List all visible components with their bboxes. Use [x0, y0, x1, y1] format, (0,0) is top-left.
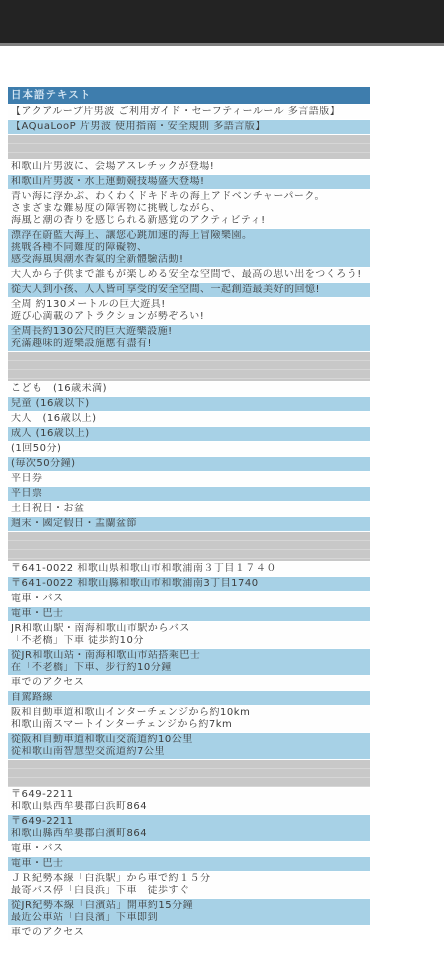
- section-gap: [8, 135, 370, 160]
- table-row-ja: 平日券: [8, 472, 370, 487]
- row-line: 大人 (16歳以上): [11, 413, 366, 425]
- table-section-3: 〒641-0022 和歌山県和歌山市和歌浦南３丁目１７４０〒641-0022 和…: [8, 562, 370, 760]
- row-line: 和歌山県西牟婁郡白浜町864: [11, 801, 366, 813]
- row-line: 「不老橋」下車 徒歩約10分: [11, 635, 366, 647]
- table-header-japanese-text: 日本語テキスト: [8, 87, 370, 105]
- row-line: 車でのアクセス: [11, 677, 366, 689]
- table-row-ja: 和歌山片男波に、会場アスレチックが登場!: [8, 160, 370, 175]
- row-line: 從和歌山南智慧型交流道約7公里: [11, 746, 366, 758]
- status-bar: [0, 0, 444, 43]
- row-line: 挑戰各種不同難度的障礙物、: [11, 242, 366, 254]
- table-row-zh: 〒641-0022 和歌山縣和歌山市和歌浦南3丁目1740: [8, 577, 370, 592]
- row-line: 【アクアループ片男波 ご利用ガイド・セーフティールール 多言語版】: [11, 106, 366, 118]
- table-row-ja: 車でのアクセス: [8, 926, 370, 941]
- row-line: 充滿趣味的遊樂設施應有盡有!: [11, 338, 366, 350]
- table-row-zh: 兒童 (16歳以下): [8, 397, 370, 412]
- table-section-0: 【アクアループ片男波 ご利用ガイド・セーフティールール 多言語版】【AQuaLo…: [8, 105, 370, 135]
- row-line: 感受海風與潮水香氣的全新體驗活動!: [11, 254, 366, 266]
- table-section-2: こども (16歳未満)兒童 (16歳以下)大人 (16歳以上)成人 (16歳以上…: [8, 382, 370, 532]
- table-row-ja: 電車・バス: [8, 842, 370, 857]
- row-line: 成人 (16歳以上): [11, 428, 366, 440]
- row-line: 和歌山縣西牟婁郡白濱町864: [11, 828, 366, 840]
- table-row-zh: 從大人到小孩、人人皆可享受的安全空間、一起創造最美好的回憶!: [8, 283, 370, 298]
- table-row-zh: 全周長約130公尺的巨大遊樂設施!充滿趣味的遊樂設施應有盡有!: [8, 325, 370, 352]
- row-line: 海風と潮の香りを感じられる新感覚のアクティビティ!: [11, 215, 366, 227]
- row-line: 電車・巴士: [11, 858, 366, 870]
- table-row-ja: (1回50分): [8, 442, 370, 457]
- row-line: 平日券: [11, 473, 366, 485]
- row-line: 〒641-0022 和歌山県和歌山市和歌浦南３丁目１７４０: [11, 563, 366, 575]
- table-row-ja: 全周 約130メートルの巨大遊具!遊び心満載のアトラクションが勢ぞろい!: [8, 298, 370, 325]
- row-line: 全周 約130メートルの巨大遊具!: [11, 299, 366, 311]
- table-section-1: 和歌山片男波に、会場アスレチックが登場!和歌山片男波・水上運動競技場盛大登場!青…: [8, 160, 370, 352]
- table-row-zh: 電車・巴士: [8, 607, 370, 622]
- row-line: 和歌山南スマートインターチェンジから約7km: [11, 719, 366, 731]
- table-row-ja: こども (16歳未満): [8, 382, 370, 397]
- row-line: 從大人到小孩、人人皆可享受的安全空間、一起創造最美好的回憶!: [11, 284, 366, 296]
- row-line: 漂浮在蔚藍大海上、讓您心跳加速的海上冒險樂園。: [11, 230, 366, 242]
- table-row-zh: (毎次50分鐘): [8, 457, 370, 472]
- row-line: 土日祝日・お盆: [11, 503, 366, 515]
- table-row-zh: 電車・巴士: [8, 857, 370, 872]
- table-row-zh: 漂浮在蔚藍大海上、讓您心跳加速的海上冒險樂園。挑戰各種不同難度的障礙物、感受海風…: [8, 229, 370, 268]
- row-line: 〒649-2211: [11, 816, 366, 828]
- row-line: 遊び心満載のアトラクションが勢ぞろい!: [11, 311, 366, 323]
- table-row-zh: 自駕路線: [8, 691, 370, 706]
- table-row-ja: 〒641-0022 和歌山県和歌山市和歌浦南３丁目１７４０: [8, 562, 370, 577]
- row-line: 兒童 (16歳以下): [11, 398, 366, 410]
- row-line: 電車・バス: [11, 593, 366, 605]
- table-row-zh: 週末・國定假日・盂蘭盆節: [8, 517, 370, 532]
- row-line: ＪＲ紀勢本線「白浜駅」から車で約１５分: [11, 873, 366, 885]
- table-row-zh: 【AQuaLooP 片男波 使用指南・安全規則 多語言版】: [8, 120, 370, 135]
- row-line: 週末・國定假日・盂蘭盆節: [11, 518, 366, 530]
- table-row-ja: 車でのアクセス: [8, 676, 370, 691]
- table-row-ja: 【アクアループ片男波 ご利用ガイド・セーフティールール 多言語版】: [8, 105, 370, 120]
- row-line: 電車・バス: [11, 843, 366, 855]
- table-row-zh: 從阪和自動車道和歌山交流道約10公里從和歌山南智慧型交流道約7公里: [8, 733, 370, 760]
- table-row-ja: 大人 (16歳以上): [8, 412, 370, 427]
- doc-table: 日本語テキスト 【アクアループ片男波 ご利用ガイド・セーフティールール 多言語版…: [8, 87, 370, 941]
- table-row-zh: 平日票: [8, 487, 370, 502]
- row-line: (1回50分): [11, 443, 366, 455]
- row-line: 和歌山片男波に、会場アスレチックが登場!: [11, 161, 366, 173]
- table-row-zh: 成人 (16歳以上): [8, 427, 370, 442]
- table-row-ja: 阪和自動車道和歌山インターチェンジから約10km和歌山南スマートインターチェンジ…: [8, 706, 370, 733]
- row-line: 最近公車站「白良濱」下車即到: [11, 912, 366, 924]
- row-line: 平日票: [11, 488, 366, 500]
- table-row-ja: 土日祝日・お盆: [8, 502, 370, 517]
- section-gap: [8, 760, 370, 788]
- table-row-ja: 〒649-2211和歌山県西牟婁郡白浜町864: [8, 788, 370, 815]
- row-line: 自駕路線: [11, 692, 366, 704]
- row-line: さまざまな難易度の障害物に挑戦しながら、: [11, 203, 366, 215]
- table-row-zh: 從JR紀勢本線「白濱站」開車約15分鐘最近公車站「白良濱」下車即到: [8, 899, 370, 926]
- row-line: 和歌山片男波・水上運動競技場盛大登場!: [11, 176, 366, 188]
- row-line: 在「不老橋」下車、步行約10分鐘: [11, 662, 366, 674]
- row-line: 阪和自動車道和歌山インターチェンジから約10km: [11, 707, 366, 719]
- table-row-zh: 從JR和歌山站・南海和歌山市站搭乘巴士在「不老橋」下車、步行約10分鐘: [8, 649, 370, 676]
- row-line: 〒649-2211: [11, 789, 366, 801]
- table-row-ja: 青い海に浮かぶ、わくわくドキドキの海上アドベンチャーパーク。さまざまな難易度の障…: [8, 190, 370, 229]
- row-line: 車でのアクセス: [11, 927, 366, 939]
- table-row-zh: 和歌山片男波・水上運動競技場盛大登場!: [8, 175, 370, 190]
- row-line: 大人から子供まで誰もが楽しめる安全な空間で、最高の思い出をつくろう!: [11, 269, 366, 281]
- section-gap: [8, 532, 370, 562]
- row-line: 青い海に浮かぶ、わくわくドキドキの海上アドベンチャーパーク。: [11, 191, 366, 203]
- row-line: JR和歌山駅・南海和歌山市駅からバス: [11, 623, 366, 635]
- table-row-zh: 〒649-2211和歌山縣西牟婁郡白濱町864: [8, 815, 370, 842]
- row-line: 從阪和自動車道和歌山交流道約10公里: [11, 734, 366, 746]
- document-viewport[interactable]: 日本語テキスト 【アクアループ片男波 ご利用ガイド・セーフティールール 多言語版…: [0, 46, 444, 960]
- row-line: 【AQuaLooP 片男波 使用指南・安全規則 多語言版】: [11, 121, 366, 133]
- table-row-ja: ＪＲ紀勢本線「白浜駅」から車で約１５分最寄バス停「白良浜」下車 徒歩すぐ: [8, 872, 370, 899]
- row-line: 從JR和歌山站・南海和歌山市站搭乘巴士: [11, 650, 366, 662]
- row-line: 〒641-0022 和歌山縣和歌山市和歌浦南3丁目1740: [11, 578, 366, 590]
- row-line: (毎次50分鐘): [11, 458, 366, 470]
- row-line: こども (16歳未満): [11, 383, 366, 395]
- row-line: 全周長約130公尺的巨大遊樂設施!: [11, 326, 366, 338]
- table-row-ja: 電車・バス: [8, 592, 370, 607]
- row-line: 最寄バス停「白良浜」下車 徒歩すぐ: [11, 885, 366, 897]
- table-row-ja: JR和歌山駅・南海和歌山市駅からバス「不老橋」下車 徒歩約10分: [8, 622, 370, 649]
- row-line: 從JR紀勢本線「白濱站」開車約15分鐘: [11, 900, 366, 912]
- table-row-ja: 大人から子供まで誰もが楽しめる安全な空間で、最高の思い出をつくろう!: [8, 268, 370, 283]
- section-gap: [8, 352, 370, 382]
- row-line: 電車・巴士: [11, 608, 366, 620]
- table-section-4: 〒649-2211和歌山県西牟婁郡白浜町864〒649-2211和歌山縣西牟婁郡…: [8, 788, 370, 941]
